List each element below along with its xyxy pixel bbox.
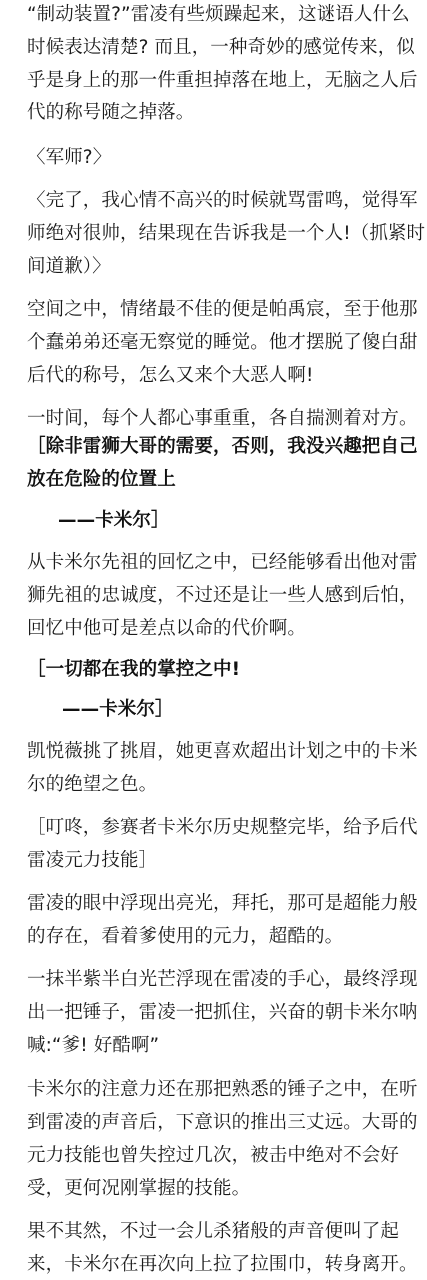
paragraph-13-line-2: 到雷凌的声音后，下意识的推出三丈远。大哥的 (27, 1112, 418, 1134)
paragraph-7-line-3: 回忆中他可是差点以命的代价啊。 (27, 618, 306, 640)
paragraph-10-line-1: ［叮咚，参赛者卡米尔历史规整完毕，给予后代 (27, 817, 418, 839)
paragraph-12-line-1: 一抹半紫半白光芒浮现在雷凌的手心，最终浮现 (27, 969, 418, 991)
paragraph-13-line-1: 卡米尔的注意力还在那把熟悉的锤子之中，在听 (27, 1079, 418, 1101)
paragraph-11-line-2: 的存在，看着爹使用的元力，超酷的。 (27, 926, 343, 948)
paragraph-9-line-2: 尔的绝望之色。 (27, 774, 157, 796)
paragraph-3-line-2: 师绝对很帅，结果现在告诉我是一个人!（抓紧时 (27, 223, 425, 245)
paragraph-1-line-4: 代的称号随之掉落。 (27, 102, 194, 124)
quote-1-line-2: 放在危险的位置上 (27, 469, 176, 491)
quote-2-line-1: ［一切都在我的掌控之中! (27, 659, 240, 681)
quote-1-line-1: ［除非雷狮大哥的需要，否则，我没兴趣把自己 (27, 436, 418, 458)
paragraph-4-line-2: 个蠢弟弟还毫无察觉的睡觉。他才摆脱了傻白甜 (27, 332, 418, 354)
paragraph-7-line-2: 狮先祖的忠诚度，不过还是让一些人感到后怕， (27, 585, 418, 607)
paragraph-13-line-4: 受，更何况刚掌握的技能。 (27, 1178, 250, 1200)
quote-1-signature: ——卡米尔］ (58, 510, 170, 532)
paragraph-1-line-3: 乎是身上的那一件重担掉落在地上，无脑之人后 (27, 70, 418, 92)
paragraph-9-line-1: 凯悦薇挑了挑眉，她更喜欢超出计划之中的卡米 (27, 741, 418, 763)
paragraph-7-line-1: 从卡米尔先祖的回忆之中，已经能够看出他对雷 (27, 552, 418, 574)
paragraph-10-line-2: 雷凌元力技能］ (27, 850, 157, 872)
paragraph-5-line-1: 一时间，每个人都心事重重，各自揣测着对方。 (27, 408, 418, 430)
paragraph-11-line-1: 雷凌的眼中浮现出亮光，拜托，那可是超能力般 (27, 893, 418, 915)
paragraph-1-line-1: “制动装置?”雷凌有些烦躁起来，这谜语人什么 (27, 4, 410, 26)
paragraph-14-line-1: 果不其然，不过一会儿杀猪般的声音便叫了起 (27, 1221, 399, 1243)
paragraph-2-line-1: 〈军师?〉 (27, 147, 111, 169)
paragraph-3-line-1: 〈完了，我心情不高兴的时候就骂雷鸣，觉得军 (27, 190, 418, 212)
paragraph-1-line-2: 时候表达清楚? 而且，一种奇妙的感觉传来，似 (27, 37, 415, 59)
paragraph-14-line-2: 来，卡米尔在再次向上拉了拉围巾，转身离开。 (27, 1254, 418, 1276)
article-page: “制动装置?”雷凌有些烦躁起来，这谜语人什么 时候表达清楚? 而且，一种奇妙的感… (0, 0, 427, 1280)
paragraph-13-line-3: 元力技能也曾失控过几次，被击中绝对不会好 (27, 1145, 399, 1167)
paragraph-12-line-3: 喊:“爹! 好酷啊” (27, 1035, 159, 1057)
paragraph-3-line-3: 间道歉）〉 (27, 256, 111, 278)
quote-2-signature: ——卡米尔］ (62, 699, 174, 721)
paragraph-12-line-2: 出一把锤子，雷凌一把抓住，兴奋的朝卡米尔呐 (27, 1002, 418, 1024)
paragraph-4-line-1: 空间之中，情绪最不佳的便是帕禹宸，至于他那 (27, 299, 418, 321)
paragraph-4-line-3: 后代的称号，怎么又来个大恶人啊! (27, 365, 314, 387)
